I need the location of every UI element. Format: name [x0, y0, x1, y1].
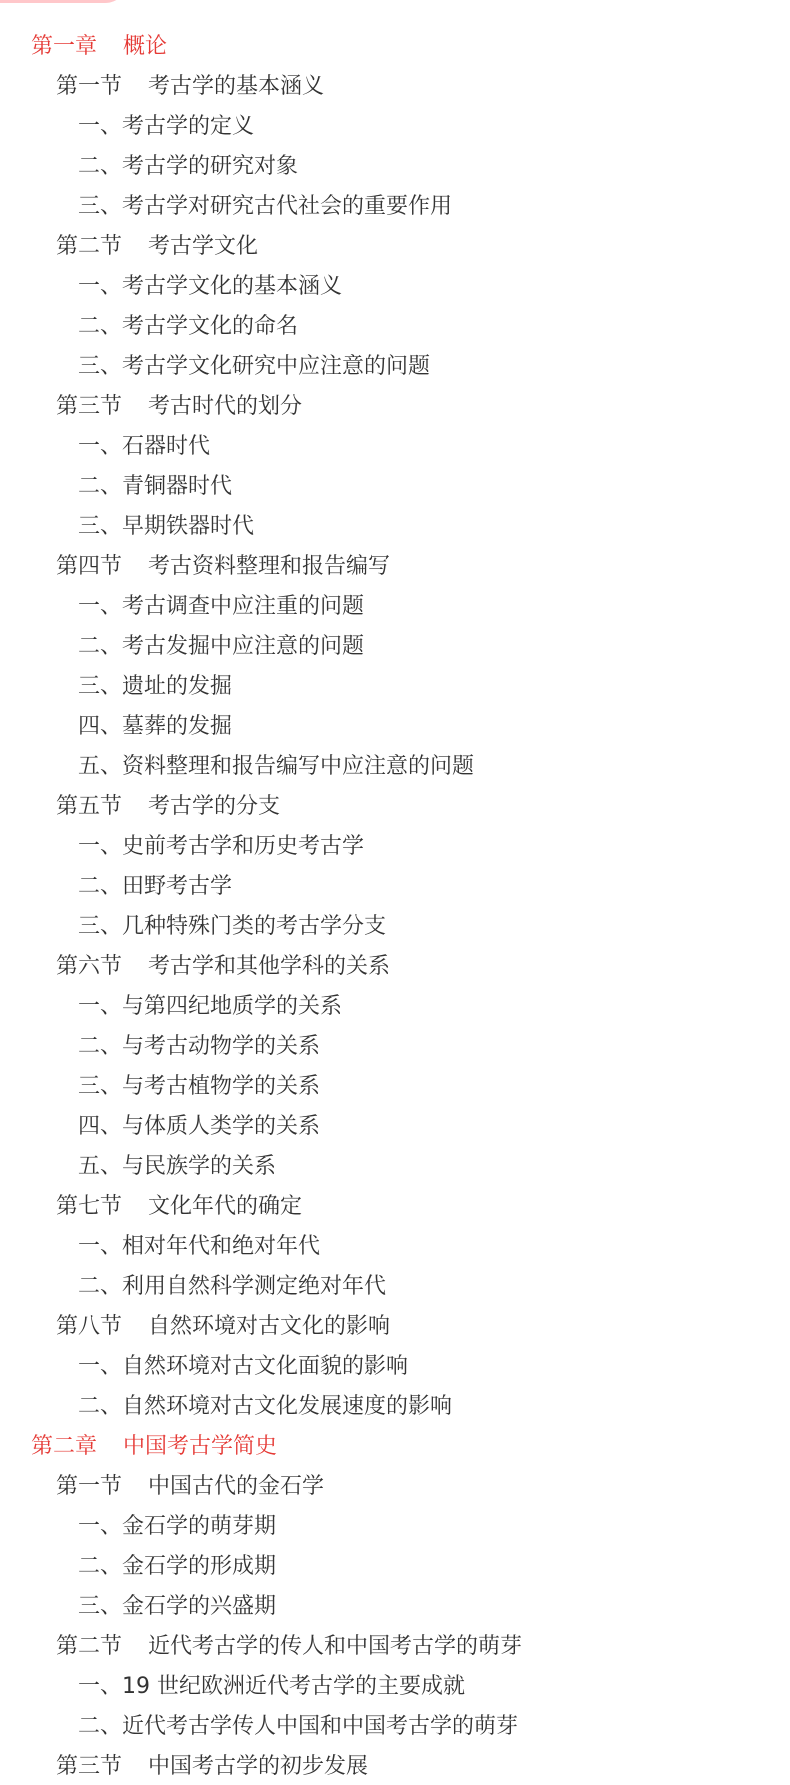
toc-item[interactable]: 一、考古调查中应注重的问题 — [0, 587, 790, 627]
toc-item[interactable]: 四、与体质人类学的关系 — [0, 1107, 790, 1147]
toc-number: 第四节 — [56, 547, 122, 587]
toc-number: 二、 — [78, 867, 122, 907]
toc-number: 三、 — [78, 1067, 122, 1107]
toc-item[interactable]: 二、与考古动物学的关系 — [0, 1027, 790, 1067]
toc-title: 田野考古学 — [122, 874, 232, 899]
toc-number: 三、 — [78, 1587, 122, 1627]
toc-item[interactable]: 二、青铜器时代 — [0, 467, 790, 507]
toc-item[interactable]: 二、近代考古学传人中国和中国考古学的萌芽 — [0, 1707, 790, 1747]
toc-number: 二、 — [78, 1547, 122, 1587]
toc-number: 三、 — [78, 347, 122, 387]
toc-title: 金石学的形成期 — [122, 1554, 276, 1579]
toc-number: 一、 — [78, 427, 122, 467]
toc-number: 四、 — [78, 1107, 122, 1147]
toc-number: 一、 — [78, 1227, 122, 1267]
toc-title: 相对年代和绝对年代 — [122, 1234, 320, 1259]
toc-item[interactable]: 一、自然环境对古文化面貌的影响 — [0, 1347, 790, 1387]
toc-number: 第七节 — [56, 1187, 122, 1227]
toc-item[interactable]: 五、与民族学的关系 — [0, 1147, 790, 1187]
toc-section[interactable]: 第三节中国考古学的初步发展 — [0, 1747, 790, 1785]
toc-number: 二、 — [78, 1027, 122, 1067]
toc-title: 与考古动物学的关系 — [122, 1034, 320, 1059]
toc-title: 考古时代的划分 — [148, 394, 302, 419]
toc-section[interactable]: 第四节考古资料整理和报告编写 — [0, 547, 790, 587]
toc-item[interactable]: 二、考古学文化的命名 — [0, 307, 790, 347]
toc-number: 一、 — [78, 107, 122, 147]
toc-item[interactable]: 一、19 世纪欧洲近代考古学的主要成就 — [0, 1667, 790, 1707]
toc-number: 三、 — [78, 667, 122, 707]
toc-title: 中国考古学简史 — [123, 1434, 277, 1459]
toc-title: 考古学文化的基本涵义 — [122, 274, 342, 299]
toc-title: 遗址的发掘 — [122, 674, 232, 699]
toc-title: 与民族学的关系 — [122, 1154, 276, 1179]
toc-number: 第一章 — [31, 27, 97, 67]
toc-chapter[interactable]: 第二章中国考古学简史 — [0, 1427, 790, 1467]
toc-item[interactable]: 三、几种特殊门类的考古学分支 — [0, 907, 790, 947]
toc-title: 考古学文化研究中应注意的问题 — [122, 354, 430, 379]
toc-chapter[interactable]: 第一章概论 — [0, 27, 790, 67]
toc-item[interactable]: 三、金石学的兴盛期 — [0, 1587, 790, 1627]
toc-number: 一、 — [78, 827, 122, 867]
toc-number: 第二节 — [56, 1627, 122, 1667]
toc-number: 第三节 — [56, 387, 122, 427]
toc-number: 二、 — [78, 467, 122, 507]
toc-item[interactable]: 一、史前考古学和历史考古学 — [0, 827, 790, 867]
toc-item[interactable]: 三、早期铁器时代 — [0, 507, 790, 547]
table-of-contents: 第一章概论第一节考古学的基本涵义一、考古学的定义二、考古学的研究对象三、考古学对… — [0, 27, 790, 1785]
toc-title: 考古学的定义 — [122, 114, 254, 139]
toc-number: 一、 — [78, 1347, 122, 1387]
toc-number: 二、 — [78, 147, 122, 187]
toc-number: 一、 — [78, 1667, 122, 1707]
toc-number: 二、 — [78, 307, 122, 347]
toc-number: 第二节 — [56, 227, 122, 267]
toc-title: 自然环境对古文化发展速度的影响 — [122, 1394, 452, 1419]
toc-title: 近代考古学的传人和中国考古学的萌芽 — [148, 1634, 522, 1659]
toc-number: 二、 — [78, 627, 122, 667]
toc-item[interactable]: 四、墓葬的发掘 — [0, 707, 790, 747]
toc-number: 第六节 — [56, 947, 122, 987]
toc-item[interactable]: 三、考古学文化研究中应注意的问题 — [0, 347, 790, 387]
top-tab-decoration — [0, 0, 128, 3]
toc-number: 第八节 — [56, 1307, 122, 1347]
toc-title: 几种特殊门类的考古学分支 — [122, 914, 386, 939]
toc-item[interactable]: 三、遗址的发掘 — [0, 667, 790, 707]
toc-title: 考古学的基本涵义 — [148, 74, 324, 99]
toc-title: 考古学和其他学科的关系 — [148, 954, 390, 979]
toc-title: 中国古代的金石学 — [148, 1474, 324, 1499]
toc-title: 考古学对研究古代社会的重要作用 — [122, 194, 452, 219]
toc-title: 考古发掘中应注意的问题 — [122, 634, 364, 659]
toc-section[interactable]: 第二节近代考古学的传人和中国考古学的萌芽 — [0, 1627, 790, 1667]
toc-item[interactable]: 三、与考古植物学的关系 — [0, 1067, 790, 1107]
toc-number: 五、 — [78, 1147, 122, 1187]
toc-section[interactable]: 第七节文化年代的确定 — [0, 1187, 790, 1227]
toc-title: 石器时代 — [122, 434, 210, 459]
toc-title: 19 世纪欧洲近代考古学的主要成就 — [122, 1674, 465, 1699]
toc-number: 一、 — [78, 1507, 122, 1547]
toc-title: 概论 — [123, 34, 167, 59]
toc-title: 考古学文化 — [148, 234, 258, 259]
toc-section[interactable]: 第五节考古学的分支 — [0, 787, 790, 827]
toc-title: 利用自然科学测定绝对年代 — [122, 1274, 386, 1299]
toc-number: 一、 — [78, 587, 122, 627]
toc-section[interactable]: 第三节考古时代的划分 — [0, 387, 790, 427]
toc-number: 第一节 — [56, 1467, 122, 1507]
toc-title: 金石学的萌芽期 — [122, 1514, 276, 1539]
toc-title: 自然环境对古文化面貌的影响 — [122, 1354, 408, 1379]
toc-item[interactable]: 一、石器时代 — [0, 427, 790, 467]
toc-title: 自然环境对古文化的影响 — [148, 1314, 390, 1339]
toc-title: 与第四纪地质学的关系 — [122, 994, 342, 1019]
toc-number: 三、 — [78, 907, 122, 947]
toc-title: 资料整理和报告编写中应注意的问题 — [122, 754, 474, 779]
toc-title: 与考古植物学的关系 — [122, 1074, 320, 1099]
toc-number: 第二章 — [31, 1427, 97, 1467]
toc-number: 二、 — [78, 1267, 122, 1307]
toc-title: 考古学文化的命名 — [122, 314, 298, 339]
toc-item[interactable]: 一、考古学的定义 — [0, 107, 790, 147]
toc-title: 考古资料整理和报告编写 — [148, 554, 390, 579]
toc-number: 二、 — [78, 1707, 122, 1747]
toc-number: 一、 — [78, 987, 122, 1027]
toc-item[interactable]: 二、考古发掘中应注意的问题 — [0, 627, 790, 667]
toc-section[interactable]: 第一节中国古代的金石学 — [0, 1467, 790, 1507]
toc-title: 墓葬的发掘 — [122, 714, 232, 739]
toc-item[interactable]: 二、田野考古学 — [0, 867, 790, 907]
toc-title: 考古学的分支 — [148, 794, 280, 819]
toc-number: 一、 — [78, 267, 122, 307]
toc-title: 中国考古学的初步发展 — [148, 1754, 368, 1779]
toc-number: 五、 — [78, 747, 122, 787]
toc-item[interactable]: 二、自然环境对古文化发展速度的影响 — [0, 1387, 790, 1427]
toc-item[interactable]: 二、金石学的形成期 — [0, 1547, 790, 1587]
toc-number: 二、 — [78, 1387, 122, 1427]
toc-title: 史前考古学和历史考古学 — [122, 834, 364, 859]
toc-section[interactable]: 第六节考古学和其他学科的关系 — [0, 947, 790, 987]
toc-item[interactable]: 一、考古学文化的基本涵义 — [0, 267, 790, 307]
toc-number: 三、 — [78, 187, 122, 227]
toc-number: 第三节 — [56, 1747, 122, 1785]
toc-title: 文化年代的确定 — [148, 1194, 302, 1219]
toc-item[interactable]: 三、考古学对研究古代社会的重要作用 — [0, 187, 790, 227]
toc-section[interactable]: 第二节考古学文化 — [0, 227, 790, 267]
toc-title: 早期铁器时代 — [122, 514, 254, 539]
toc-title: 近代考古学传人中国和中国考古学的萌芽 — [122, 1714, 518, 1739]
toc-section[interactable]: 第八节自然环境对古文化的影响 — [0, 1307, 790, 1347]
toc-item[interactable]: 二、利用自然科学测定绝对年代 — [0, 1267, 790, 1307]
toc-title: 金石学的兴盛期 — [122, 1594, 276, 1619]
toc-item[interactable]: 一、与第四纪地质学的关系 — [0, 987, 790, 1027]
toc-title: 青铜器时代 — [122, 474, 232, 499]
toc-section[interactable]: 第一节考古学的基本涵义 — [0, 67, 790, 107]
toc-number: 四、 — [78, 707, 122, 747]
toc-item[interactable]: 二、考古学的研究对象 — [0, 147, 790, 187]
toc-item[interactable]: 一、相对年代和绝对年代 — [0, 1227, 790, 1267]
toc-item[interactable]: 一、金石学的萌芽期 — [0, 1507, 790, 1547]
toc-item[interactable]: 五、资料整理和报告编写中应注意的问题 — [0, 747, 790, 787]
toc-title: 与体质人类学的关系 — [122, 1114, 320, 1139]
toc-number: 第五节 — [56, 787, 122, 827]
toc-number: 第一节 — [56, 67, 122, 107]
toc-title: 考古学的研究对象 — [122, 154, 298, 179]
toc-title: 考古调查中应注重的问题 — [122, 594, 364, 619]
toc-number: 三、 — [78, 507, 122, 547]
